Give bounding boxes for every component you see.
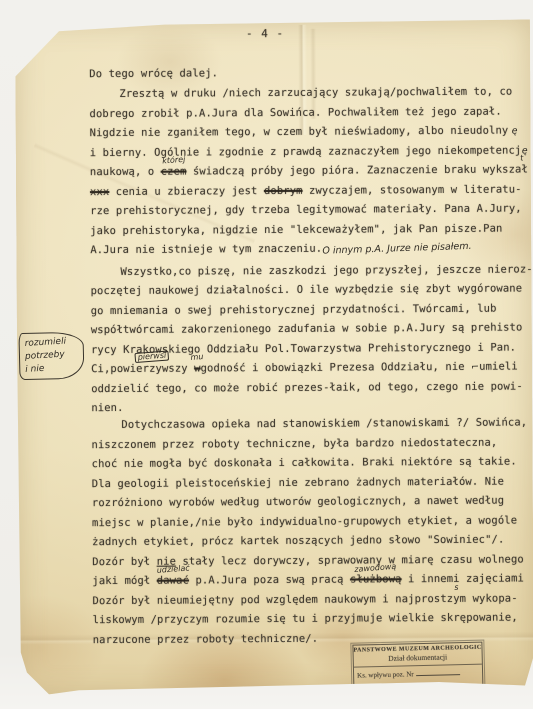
typed-line: nien. <box>91 402 123 414</box>
margin-annotation: rozumieli potrzeby i nie <box>18 332 84 381</box>
typed-line: poczętej naukowej działalności. O ile wy… <box>91 282 523 297</box>
typed-text: umieli <box>479 361 518 373</box>
handwritten-note: ę <box>508 125 517 136</box>
typed-text: Zresztą w druku /niech zarzucający szuka… <box>119 86 512 100</box>
document-page: - 4 - Do tego wrócę dalej.Zresztą w druk… <box>15 19 533 694</box>
typed-line: żadnych etykiet, prócz kartek noszących … <box>92 534 504 549</box>
typed-text: i innemi zajęciami <box>402 572 524 585</box>
typed-text: rozróżniono wyrobów według utworów geolo… <box>92 495 504 510</box>
handwritten-insertion: mu <box>191 353 204 362</box>
typed-text: i bierny. Ogólnie i zgodnie z prawdą zaz… <box>90 144 522 159</box>
typed-text: oddzielić tego, co może robić prezes-łai… <box>91 380 523 395</box>
struck-text: czemktórej <box>161 166 187 178</box>
typed-text: stały lecz dorywczy, sprawowany w miarę … <box>176 553 524 567</box>
typed-line: go mniemania o swej prehistorycznej przy… <box>91 302 497 316</box>
typed-text: zwyczajem, stosowanym w literatu- <box>303 183 522 196</box>
typed-line: i bierny. Ogólnie i zgodnie z prawdą zaz… <box>90 144 528 159</box>
typed-line: Do tego wrócę dalej. <box>89 67 218 80</box>
typed-line: choć nie mogła być doskonała i całkowita… <box>92 456 517 471</box>
typed-line: oddzielić tego, co może robić prezes-łai… <box>91 380 523 395</box>
typed-line: miejsc w planie,/nie było indywidualno-g… <box>92 514 517 529</box>
typed-line: Zresztą w druku /niech zarzucający szuka… <box>119 86 512 100</box>
handwritten-note: O innym p.A. Jurze nie pisałem. <box>322 241 472 257</box>
stamp-department: Dział dokumentacji <box>354 652 482 664</box>
typed-line: współtwórcami zakorzenionego zadufania w… <box>91 321 523 336</box>
typed-text: powierzywszy pierwsi <box>110 362 194 375</box>
typed-text: Nigdzie nie zganiłem tego, w czem był ni… <box>90 125 509 140</box>
struck-text: xxx <box>90 186 109 198</box>
handwritten-note: ⌐ <box>471 362 479 373</box>
handwritten-insertion: pierwsi <box>135 350 170 363</box>
margin-annotation-line: i nie <box>25 361 82 377</box>
typed-line: Nigdzie nie zganiłem tego, w czem był ni… <box>90 125 518 140</box>
page-number: - 4 - <box>220 27 310 41</box>
typed-text-layer: Do tego wrócę dalej.Zresztą w druku /nie… <box>15 19 530 22</box>
typed-text: niszczonem przez roboty techniczne, była… <box>91 436 497 450</box>
handwritten-insertion: t <box>520 154 524 162</box>
typed-line: niszczonem przez roboty techniczne, była… <box>91 436 497 450</box>
typed-text: dobrego zrobił p.A.Jura dla Sowińca. Poc… <box>89 105 501 120</box>
typed-text: Wszystko,co piszę, nie zaszkodzi jego pr… <box>120 263 532 278</box>
stamp-register-line: Ks. wpływu poz. Nr <box>354 664 482 680</box>
typed-text: A.Jura nie istnieje w tym znaczeniu. <box>90 243 322 256</box>
typed-text: Do tego wrócę dalej. <box>89 67 218 80</box>
scanned-document: - 4 - Do tego wrócę dalej.Zresztą w druk… <box>0 0 533 709</box>
typed-line: rozróżniono wyrobów według utworów geolo… <box>92 495 504 510</box>
typed-line: xxx cenia u zbieraczy jest dobrym zwycza… <box>90 183 522 198</box>
typed-line: jaki mógł dawaćudzielać p.A.Jura poza sw… <box>92 572 524 587</box>
typed-line: Dozór był nieumiejętny pod względem nauk… <box>92 592 517 607</box>
typed-line: Dla geologii pleistoceńskiej nie zebrano… <box>92 475 504 490</box>
typed-line: dobrego zrobił p.A.Jura dla Sowińca. Poc… <box>89 105 501 120</box>
typed-text: naukową, o <box>90 166 161 178</box>
typed-text: jako prehistoryka, nigdzie nie "lekceważ… <box>90 222 502 237</box>
museum-stamp: PAŃSTWOWE MUZEUM ARCHEOLOGICZNE Dział do… <box>352 642 483 689</box>
stamp-register-label: Ks. wpływu poz. Nr <box>357 670 414 679</box>
typed-text: miejsc w planie,/nie było indywidualno-g… <box>92 514 517 529</box>
typed-text: nien. <box>91 402 123 414</box>
typed-text: rze prehistorycznej, gdy trzeba legitymo… <box>90 202 522 217</box>
typed-line: naukową, o czemktórej świadczą próby jeg… <box>90 163 528 178</box>
typed-text: Dozór był nieumiejętny pod względem nauk… <box>92 592 446 606</box>
typed-text: Dla geologii pleistoceńskiej nie zebrano… <box>92 475 504 490</box>
typed-text: choć nie mogła być doskonała i całkowita… <box>92 456 517 471</box>
typed-text: godność i obowiązki Prezesa Oddziału, ni… <box>201 361 472 375</box>
typed-text: zyms <box>447 592 466 604</box>
typed-text: narzucone przez roboty techniczne/. <box>93 632 319 645</box>
struck-text: dawaćudzielać <box>157 575 189 587</box>
typed-text: wykopa- <box>466 592 518 604</box>
typed-line: Dotychczasowa opieka nad stanowiskiem /s… <box>121 416 527 430</box>
typed-text: żadnych etykiet, prócz kartek noszących … <box>92 534 504 549</box>
handwritten-insertion: s <box>454 583 459 591</box>
typed-text: Dozór był <box>92 555 156 567</box>
handwritten-insertion: udzielać <box>156 564 190 574</box>
typed-text: liskowym /przyczym rozumie się tu i przy… <box>93 612 518 627</box>
typed-text: go mniemania o swej prehistorycznej przy… <box>91 302 497 316</box>
typed-text: poczętej naukowej działalności. O ile wy… <box>91 282 523 297</box>
typed-text: ałt <box>515 163 528 175</box>
typed-text: Ci, <box>91 363 110 375</box>
typed-text: jaki mógł <box>92 575 156 587</box>
struck-text: dobrym <box>264 184 303 196</box>
handwritten-insertion: zawodową <box>355 563 397 574</box>
handwritten-insertion: której <box>162 156 186 166</box>
typed-text: współtwórcami zakorzenionego zadufania w… <box>91 321 523 336</box>
stamp-blank-line <box>416 668 460 676</box>
typed-text: p.A.Jura poza swą pracą <box>189 574 350 587</box>
struck-text: służbowązawodową <box>350 573 402 585</box>
typed-line: Ci,powierzywszy pierwsiwmugodność i obow… <box>91 361 518 376</box>
typed-line: narzucone przez roboty techniczne/. <box>93 632 319 645</box>
typed-line: rze prehistorycznej, gdy trzeba legitymo… <box>90 202 522 217</box>
typed-line: A.Jura nie istnieje w tym znaczeniu.O in… <box>90 242 471 256</box>
typed-line: Wszystko,co piszę, nie zaszkodzi jego pr… <box>120 263 532 278</box>
typed-text: cenia u zbieraczy jest <box>109 185 264 198</box>
typed-line: jako prehistoryka, nigdzie nie "lekceważ… <box>90 222 502 237</box>
typed-text: Dotychczasowa opieka nad stanowiskiem /s… <box>121 416 527 430</box>
typed-line: liskowym /przyczym rozumie się tu i przy… <box>93 612 518 627</box>
typed-text: świadczą próby jego pióra. Zaznaczenie b… <box>186 164 515 178</box>
